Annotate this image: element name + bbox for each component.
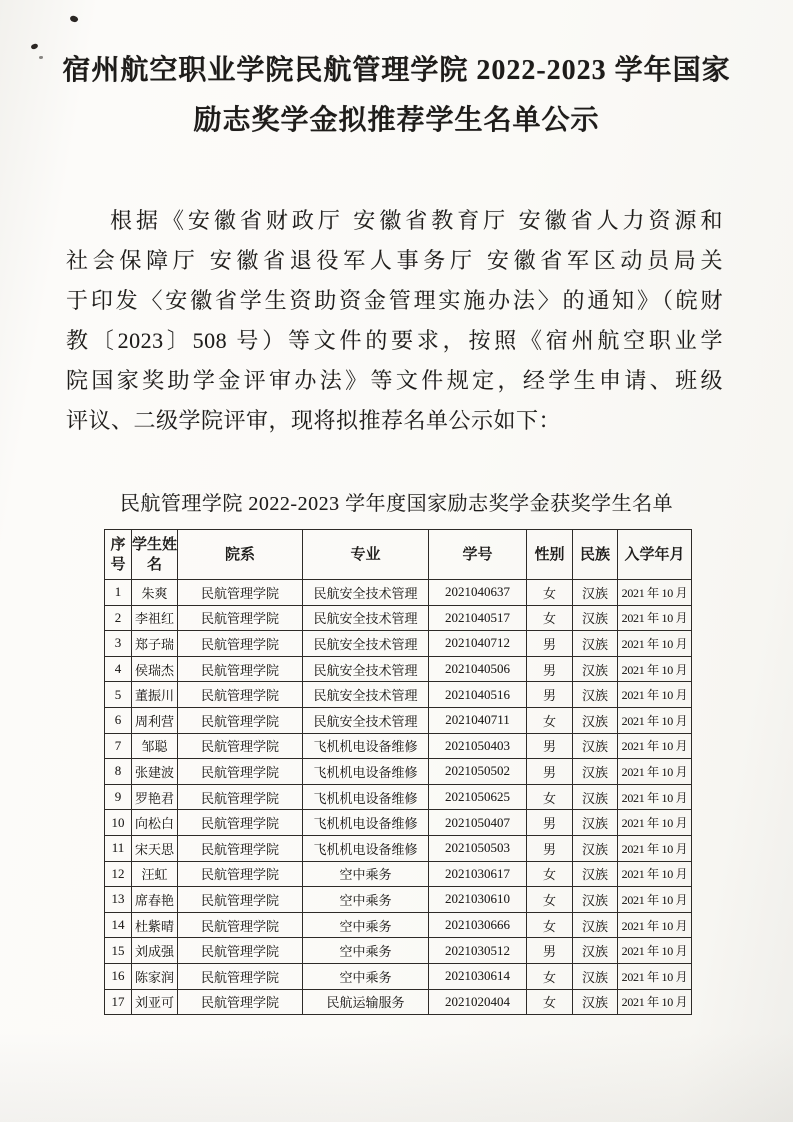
cell-gender: 女 [527, 784, 573, 810]
cell-ethnicity: 汉族 [573, 938, 618, 964]
cell-department: 民航管理学院 [178, 835, 303, 861]
cell-ethnicity: 汉族 [573, 631, 618, 657]
cell-student-id: 2021030617 [429, 861, 527, 887]
cell-student-id: 2021030610 [429, 887, 527, 913]
header-cell-index: 序 号 [105, 530, 132, 580]
cell-student-name: 朱爽 [132, 580, 178, 606]
cell-student-id: 2021050503 [429, 835, 527, 861]
cell-department: 民航管理学院 [178, 861, 303, 887]
cell-major: 空中乘务 [303, 861, 429, 887]
cell-ethnicity: 汉族 [573, 580, 618, 606]
table-row: 10向松白民航管理学院飞机机电设备维修2021050407男汉族2021 年 1… [105, 810, 692, 836]
cell-department: 民航管理学院 [178, 759, 303, 785]
students-table: 序 号学生姓 名院系专业学号性别民族入学年月 1朱爽民航管理学院民航安全技术管理… [104, 529, 692, 1015]
cell-gender: 女 [527, 912, 573, 938]
cell-ethnicity: 汉族 [573, 861, 618, 887]
cell-index: 6 [105, 707, 132, 733]
header-cell-student-name: 学生姓 名 [132, 530, 178, 580]
cell-department: 民航管理学院 [178, 887, 303, 913]
cell-gender: 女 [527, 963, 573, 989]
cell-student-id: 2021020404 [429, 989, 527, 1015]
cell-student-name: 杜紫晴 [132, 912, 178, 938]
cell-department: 民航管理学院 [178, 605, 303, 631]
cell-gender: 女 [527, 989, 573, 1015]
cell-student-id: 2021040712 [429, 631, 527, 657]
table-row: 5董振川民航管理学院民航安全技术管理2021040516男汉族2021 年 10… [105, 682, 692, 708]
cell-student-id: 2021050403 [429, 733, 527, 759]
cell-ethnicity: 汉族 [573, 963, 618, 989]
cell-department: 民航管理学院 [178, 784, 303, 810]
cell-enrollment-date: 2021 年 10 月 [618, 912, 692, 938]
table-row: 13席春艳民航管理学院空中乘务2021030610女汉族2021 年 10 月 [105, 887, 692, 913]
cell-student-id: 2021050502 [429, 759, 527, 785]
cell-department: 民航管理学院 [178, 580, 303, 606]
table-body: 1朱爽民航管理学院民航安全技术管理2021040637女汉族2021 年 10 … [105, 580, 692, 1015]
cell-student-name: 张建波 [132, 759, 178, 785]
cell-ethnicity: 汉族 [573, 810, 618, 836]
cell-enrollment-date: 2021 年 10 月 [618, 810, 692, 836]
cell-student-name: 李祖红 [132, 605, 178, 631]
cell-index: 15 [105, 938, 132, 964]
cell-major: 飞机机电设备维修 [303, 733, 429, 759]
cell-gender: 男 [527, 631, 573, 657]
header-cell-major: 专业 [303, 530, 429, 580]
table-caption: 民航管理学院 2022-2023 学年度国家励志奖学金获奖学生名单 [0, 487, 793, 516]
cell-student-id: 2021040506 [429, 656, 527, 682]
cell-enrollment-date: 2021 年 10 月 [618, 989, 692, 1015]
cell-department: 民航管理学院 [178, 963, 303, 989]
cell-student-name: 陈家润 [132, 963, 178, 989]
cell-index: 11 [105, 835, 132, 861]
header-row: 序 号学生姓 名院系专业学号性别民族入学年月 [105, 530, 692, 580]
cell-gender: 女 [527, 707, 573, 733]
paragraph-line: 教〔2023〕508 号）等文件的要求，按照《宿州航空职业学 [66, 321, 723, 361]
cell-enrollment-date: 2021 年 10 月 [618, 733, 692, 759]
cell-student-id: 2021040516 [429, 682, 527, 708]
paragraph-line: 评议、二级学院评审，现将拟推荐名单公示如下： [66, 401, 723, 441]
document-title-line-2: 励志奖学金拟推荐学生名单公示 [0, 96, 793, 146]
cell-gender: 男 [527, 682, 573, 708]
cell-student-name: 邹聪 [132, 733, 178, 759]
cell-enrollment-date: 2021 年 10 月 [618, 835, 692, 861]
cell-major: 飞机机电设备维修 [303, 835, 429, 861]
cell-index: 7 [105, 733, 132, 759]
table-row: 7邹聪民航管理学院飞机机电设备维修2021050403男汉族2021 年 10 … [105, 733, 692, 759]
cell-enrollment-date: 2021 年 10 月 [618, 656, 692, 682]
cell-gender: 男 [527, 938, 573, 964]
cell-student-name: 郑子瑞 [132, 631, 178, 657]
paragraph-line: 院国家奖助学金评审办法》等文件规定，经学生申请、班级 [66, 361, 723, 401]
cell-student-name: 周利营 [132, 707, 178, 733]
cell-index: 2 [105, 605, 132, 631]
cell-student-name: 罗艳君 [132, 784, 178, 810]
cell-index: 1 [105, 580, 132, 606]
cell-ethnicity: 汉族 [573, 912, 618, 938]
table-row: 17刘亚可民航管理学院民航运输服务2021020404女汉族2021 年 10 … [105, 989, 692, 1015]
paragraph-line: 于印发〈安徽省学生资助资金管理实施办法〉的通知》（皖财 [66, 281, 723, 321]
cell-index: 4 [105, 656, 132, 682]
cell-student-name: 刘成强 [132, 938, 178, 964]
table-row: 16陈家润民航管理学院空中乘务2021030614女汉族2021 年 10 月 [105, 963, 692, 989]
cell-index: 12 [105, 861, 132, 887]
cell-student-id: 2021050407 [429, 810, 527, 836]
cell-student-name: 宋天思 [132, 835, 178, 861]
cell-enrollment-date: 2021 年 10 月 [618, 784, 692, 810]
cell-enrollment-date: 2021 年 10 月 [618, 887, 692, 913]
cell-major: 民航安全技术管理 [303, 656, 429, 682]
header-cell-ethnicity: 民族 [573, 530, 618, 580]
cell-enrollment-date: 2021 年 10 月 [618, 963, 692, 989]
cell-index: 14 [105, 912, 132, 938]
cell-gender: 男 [527, 835, 573, 861]
table-row: 11宋天思民航管理学院飞机机电设备维修2021050503男汉族2021 年 1… [105, 835, 692, 861]
cell-enrollment-date: 2021 年 10 月 [618, 707, 692, 733]
cell-major: 民航安全技术管理 [303, 707, 429, 733]
cell-enrollment-date: 2021 年 10 月 [618, 938, 692, 964]
table-row: 4侯瑞杰民航管理学院民航安全技术管理2021040506男汉族2021 年 10… [105, 656, 692, 682]
cell-student-name: 侯瑞杰 [132, 656, 178, 682]
cell-major: 飞机机电设备维修 [303, 759, 429, 785]
table-row: 1朱爽民航管理学院民航安全技术管理2021040637女汉族2021 年 10 … [105, 580, 692, 606]
cell-gender: 女 [527, 605, 573, 631]
cell-enrollment-date: 2021 年 10 月 [618, 605, 692, 631]
cell-gender: 女 [527, 861, 573, 887]
cell-enrollment-date: 2021 年 10 月 [618, 631, 692, 657]
cell-student-id: 2021050625 [429, 784, 527, 810]
cell-student-id: 2021030512 [429, 938, 527, 964]
cell-department: 民航管理学院 [178, 631, 303, 657]
cell-student-name: 刘亚可 [132, 989, 178, 1015]
cell-student-id: 2021030614 [429, 963, 527, 989]
document-title-line-1: 宿州航空职业学院民航管理学院 2022-2023 学年国家 [0, 46, 793, 96]
cell-ethnicity: 汉族 [573, 733, 618, 759]
cell-index: 17 [105, 989, 132, 1015]
table-row: 6周利营民航管理学院民航安全技术管理2021040711女汉族2021 年 10… [105, 707, 692, 733]
cell-department: 民航管理学院 [178, 989, 303, 1015]
table-row: 8张建波民航管理学院飞机机电设备维修2021050502男汉族2021 年 10… [105, 759, 692, 785]
cell-student-name: 汪虹 [132, 861, 178, 887]
cell-index: 3 [105, 631, 132, 657]
cell-student-id: 2021030666 [429, 912, 527, 938]
cell-department: 民航管理学院 [178, 810, 303, 836]
cell-major: 飞机机电设备维修 [303, 810, 429, 836]
cell-index: 10 [105, 810, 132, 836]
cell-ethnicity: 汉族 [573, 989, 618, 1015]
cell-department: 民航管理学院 [178, 733, 303, 759]
document-title: 宿州航空职业学院民航管理学院 2022-2023 学年国家 励志奖学金拟推荐学生… [0, 0, 793, 146]
table-row: 2李祖红民航管理学院民航安全技术管理2021040517女汉族2021 年 10… [105, 605, 692, 631]
cell-major: 空中乘务 [303, 938, 429, 964]
cell-major: 民航运输服务 [303, 989, 429, 1015]
cell-major: 民航安全技术管理 [303, 605, 429, 631]
cell-ethnicity: 汉族 [573, 656, 618, 682]
table-row: 15刘成强民航管理学院空中乘务2021030512男汉族2021 年 10 月 [105, 938, 692, 964]
cell-index: 9 [105, 784, 132, 810]
table-row: 12汪虹民航管理学院空中乘务2021030617女汉族2021 年 10 月 [105, 861, 692, 887]
cell-gender: 男 [527, 759, 573, 785]
cell-major: 空中乘务 [303, 963, 429, 989]
cell-department: 民航管理学院 [178, 938, 303, 964]
table-row: 3郑子瑞民航管理学院民航安全技术管理2021040712男汉族2021 年 10… [105, 631, 692, 657]
cell-index: 16 [105, 963, 132, 989]
cell-student-name: 董振川 [132, 682, 178, 708]
table-header: 序 号学生姓 名院系专业学号性别民族入学年月 [105, 530, 692, 580]
header-cell-gender: 性别 [527, 530, 573, 580]
table-row: 9罗艳君民航管理学院飞机机电设备维修2021050625女汉族2021 年 10… [105, 784, 692, 810]
cell-major: 民航安全技术管理 [303, 580, 429, 606]
cell-student-name: 席春艳 [132, 887, 178, 913]
cell-department: 民航管理学院 [178, 707, 303, 733]
cell-major: 民航安全技术管理 [303, 682, 429, 708]
cell-index: 13 [105, 887, 132, 913]
cell-ethnicity: 汉族 [573, 759, 618, 785]
cell-ethnicity: 汉族 [573, 835, 618, 861]
cell-student-id: 2021040637 [429, 580, 527, 606]
cell-ethnicity: 汉族 [573, 784, 618, 810]
cell-department: 民航管理学院 [178, 912, 303, 938]
header-cell-enrollment-date: 入学年月 [618, 530, 692, 580]
cell-gender: 女 [527, 887, 573, 913]
cell-student-id: 2021040711 [429, 707, 527, 733]
cell-department: 民航管理学院 [178, 656, 303, 682]
cell-ethnicity: 汉族 [573, 605, 618, 631]
cell-index: 8 [105, 759, 132, 785]
paragraph-line: 根据《安徽省财政厅 安徽省教育厅 安徽省人力资源和 [66, 201, 723, 241]
cell-major: 空中乘务 [303, 912, 429, 938]
cell-gender: 女 [527, 580, 573, 606]
paragraph-line: 社会保障厅 安徽省退役军人事务厅 安徽省军区动员局关 [66, 241, 723, 281]
cell-ethnicity: 汉族 [573, 887, 618, 913]
table-row: 14杜紫晴民航管理学院空中乘务2021030666女汉族2021 年 10 月 [105, 912, 692, 938]
cell-student-name: 向松白 [132, 810, 178, 836]
header-cell-student-id: 学号 [429, 530, 527, 580]
cell-student-id: 2021040517 [429, 605, 527, 631]
cell-index: 5 [105, 682, 132, 708]
header-cell-department: 院系 [178, 530, 303, 580]
cell-ethnicity: 汉族 [573, 682, 618, 708]
cell-major: 空中乘务 [303, 887, 429, 913]
cell-ethnicity: 汉族 [573, 707, 618, 733]
cell-gender: 男 [527, 656, 573, 682]
body-paragraph: 根据《安徽省财政厅 安徽省教育厅 安徽省人力资源和社会保障厅 安徽省退役军人事务… [66, 201, 723, 441]
document-page: 宿州航空职业学院民航管理学院 2022-2023 学年国家 励志奖学金拟推荐学生… [0, 0, 793, 1122]
cell-major: 飞机机电设备维修 [303, 784, 429, 810]
cell-gender: 男 [527, 733, 573, 759]
cell-gender: 男 [527, 810, 573, 836]
cell-major: 民航安全技术管理 [303, 631, 429, 657]
cell-enrollment-date: 2021 年 10 月 [618, 580, 692, 606]
cell-department: 民航管理学院 [178, 682, 303, 708]
cell-enrollment-date: 2021 年 10 月 [618, 759, 692, 785]
cell-enrollment-date: 2021 年 10 月 [618, 682, 692, 708]
cell-enrollment-date: 2021 年 10 月 [618, 861, 692, 887]
